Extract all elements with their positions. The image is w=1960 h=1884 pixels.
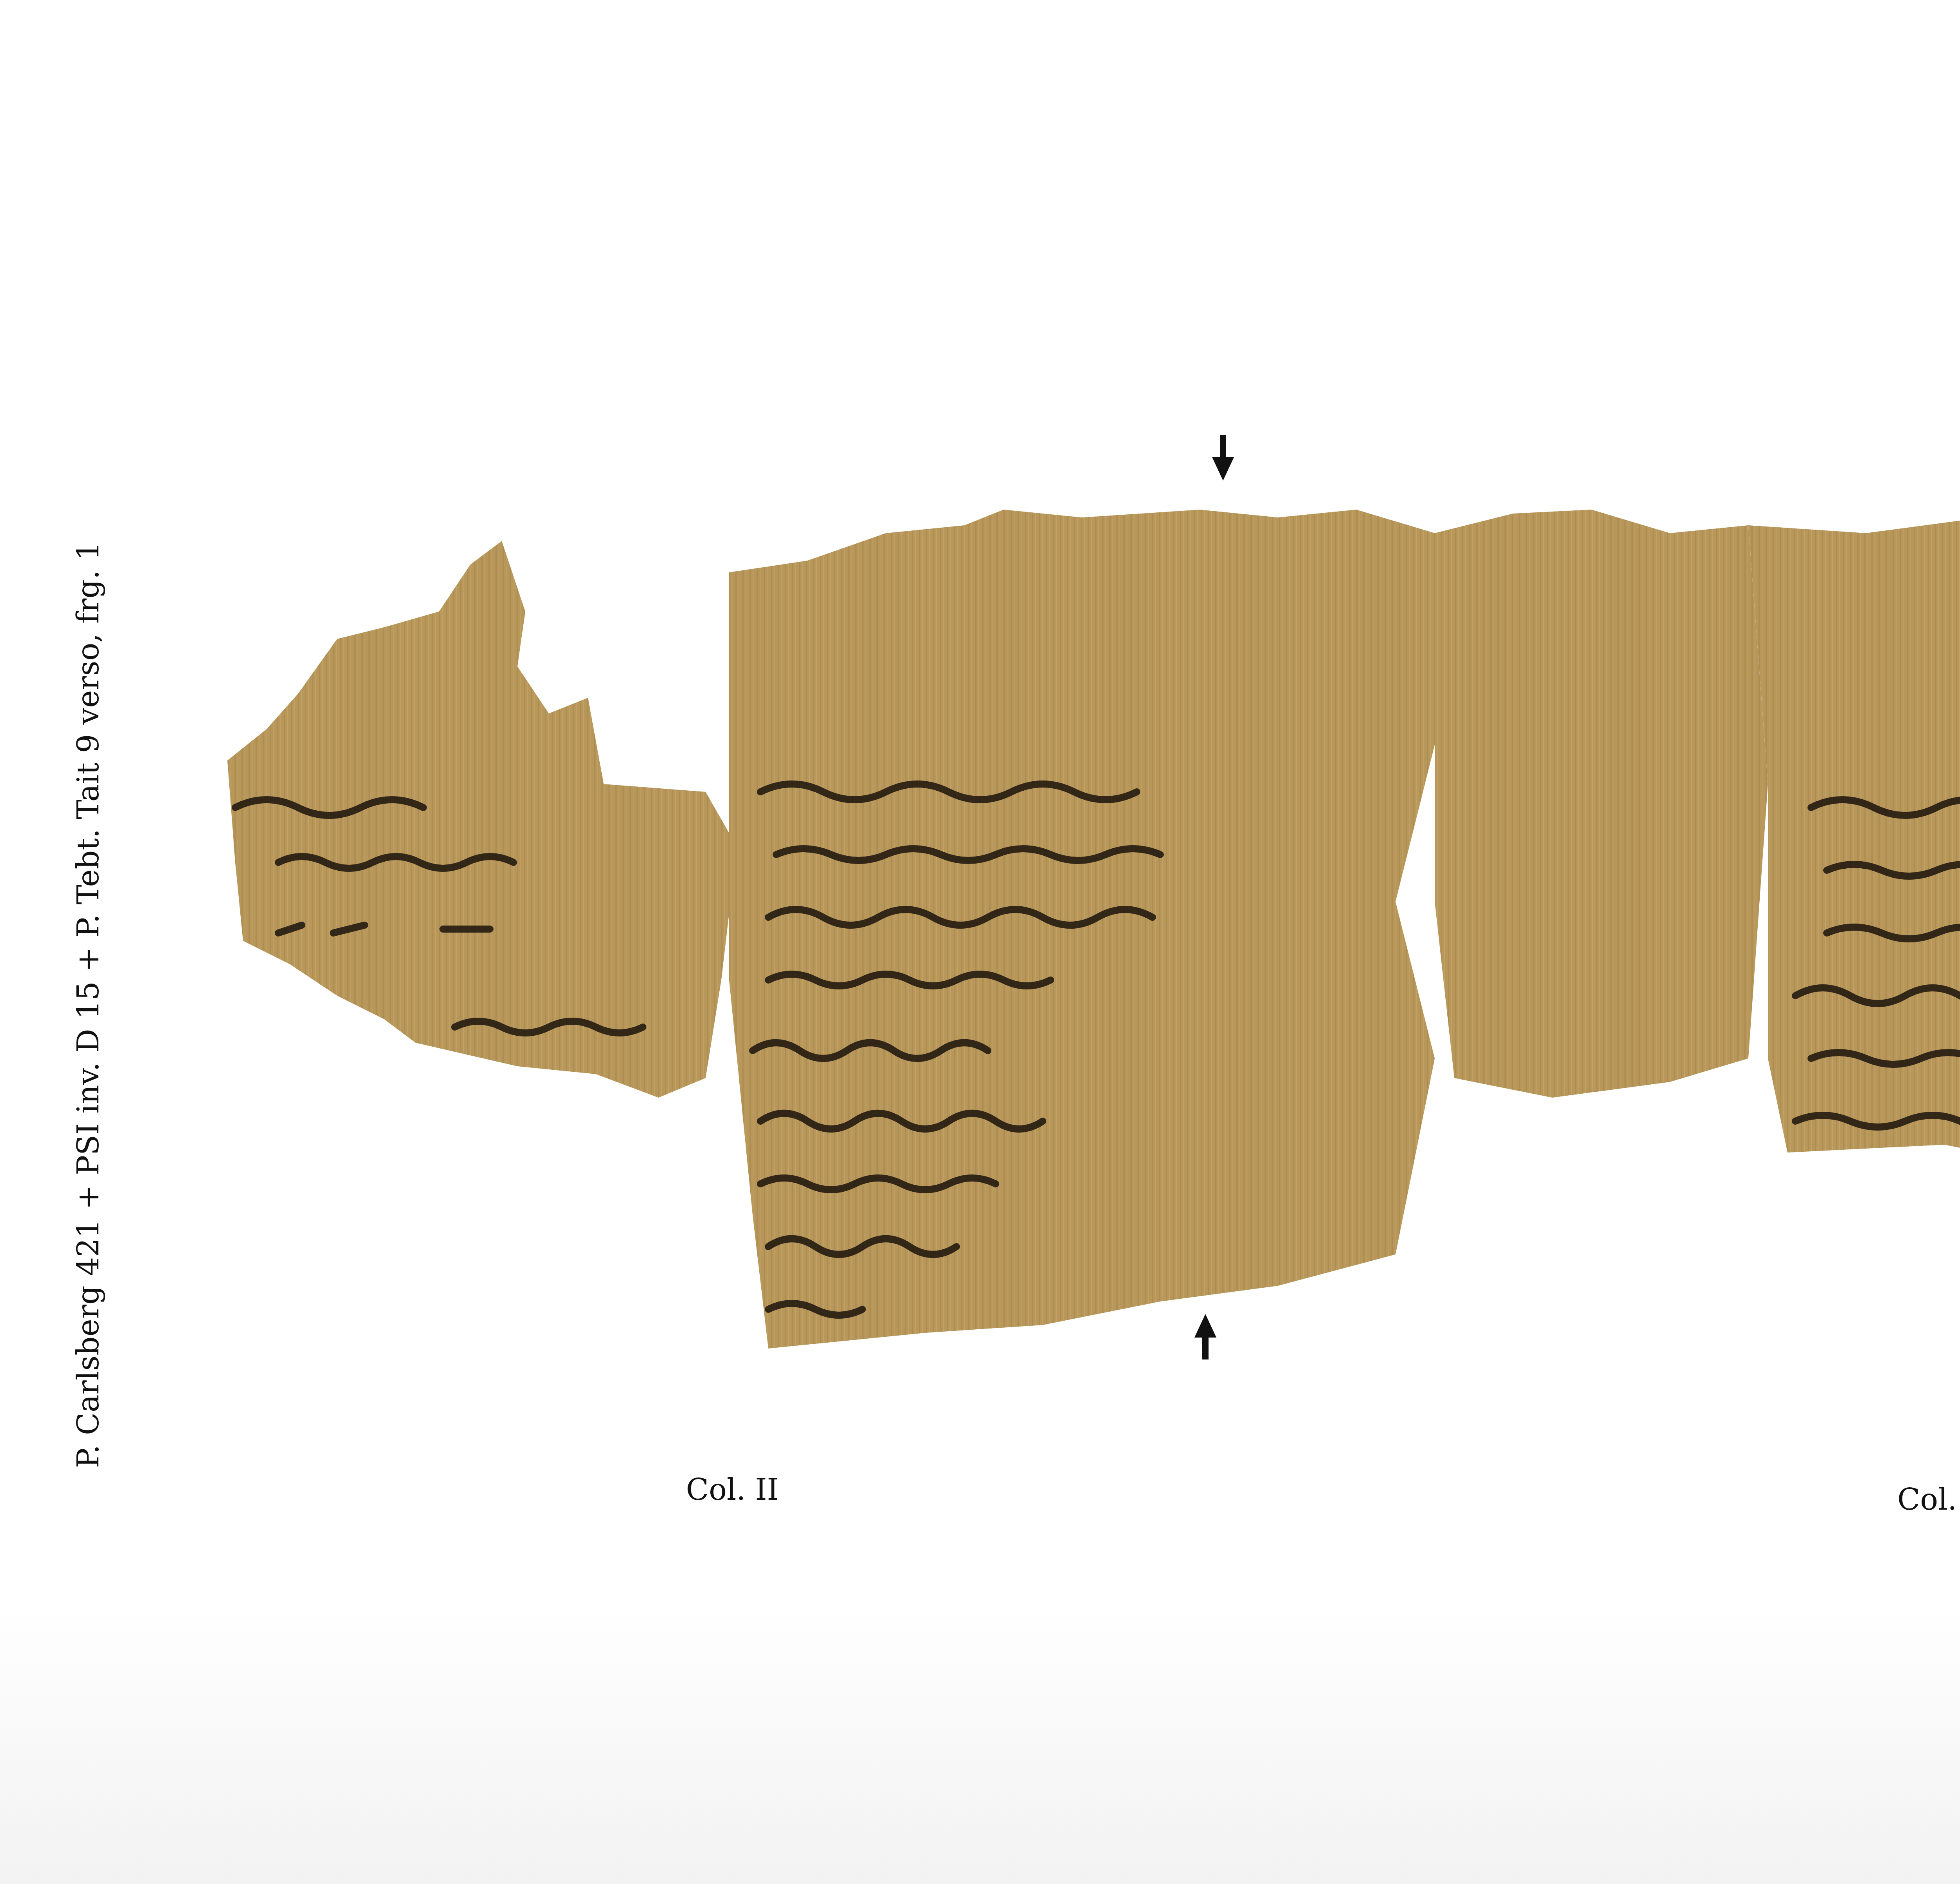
column-label-ii: Col. II [686, 1472, 779, 1507]
arrow-up-icon [1194, 1313, 1217, 1360]
left-fragment [227, 541, 737, 1098]
col-i-fragment [1748, 510, 1960, 1317]
plate-page: PLATE 14 A STORY FEATURING KING NECHO ME… [0, 0, 1960, 1884]
arrow-down-icon [1211, 435, 1235, 482]
middle-fragment [1435, 510, 1768, 1098]
plate-caption: P. Carlsberg 421 + PSI inv. D 15 + P. Te… [71, 541, 105, 1468]
col-ii-fragment [729, 510, 1454, 1349]
papyrus-fragment-image [220, 510, 1960, 1450]
column-label-i: Col. I [1897, 1482, 1960, 1517]
